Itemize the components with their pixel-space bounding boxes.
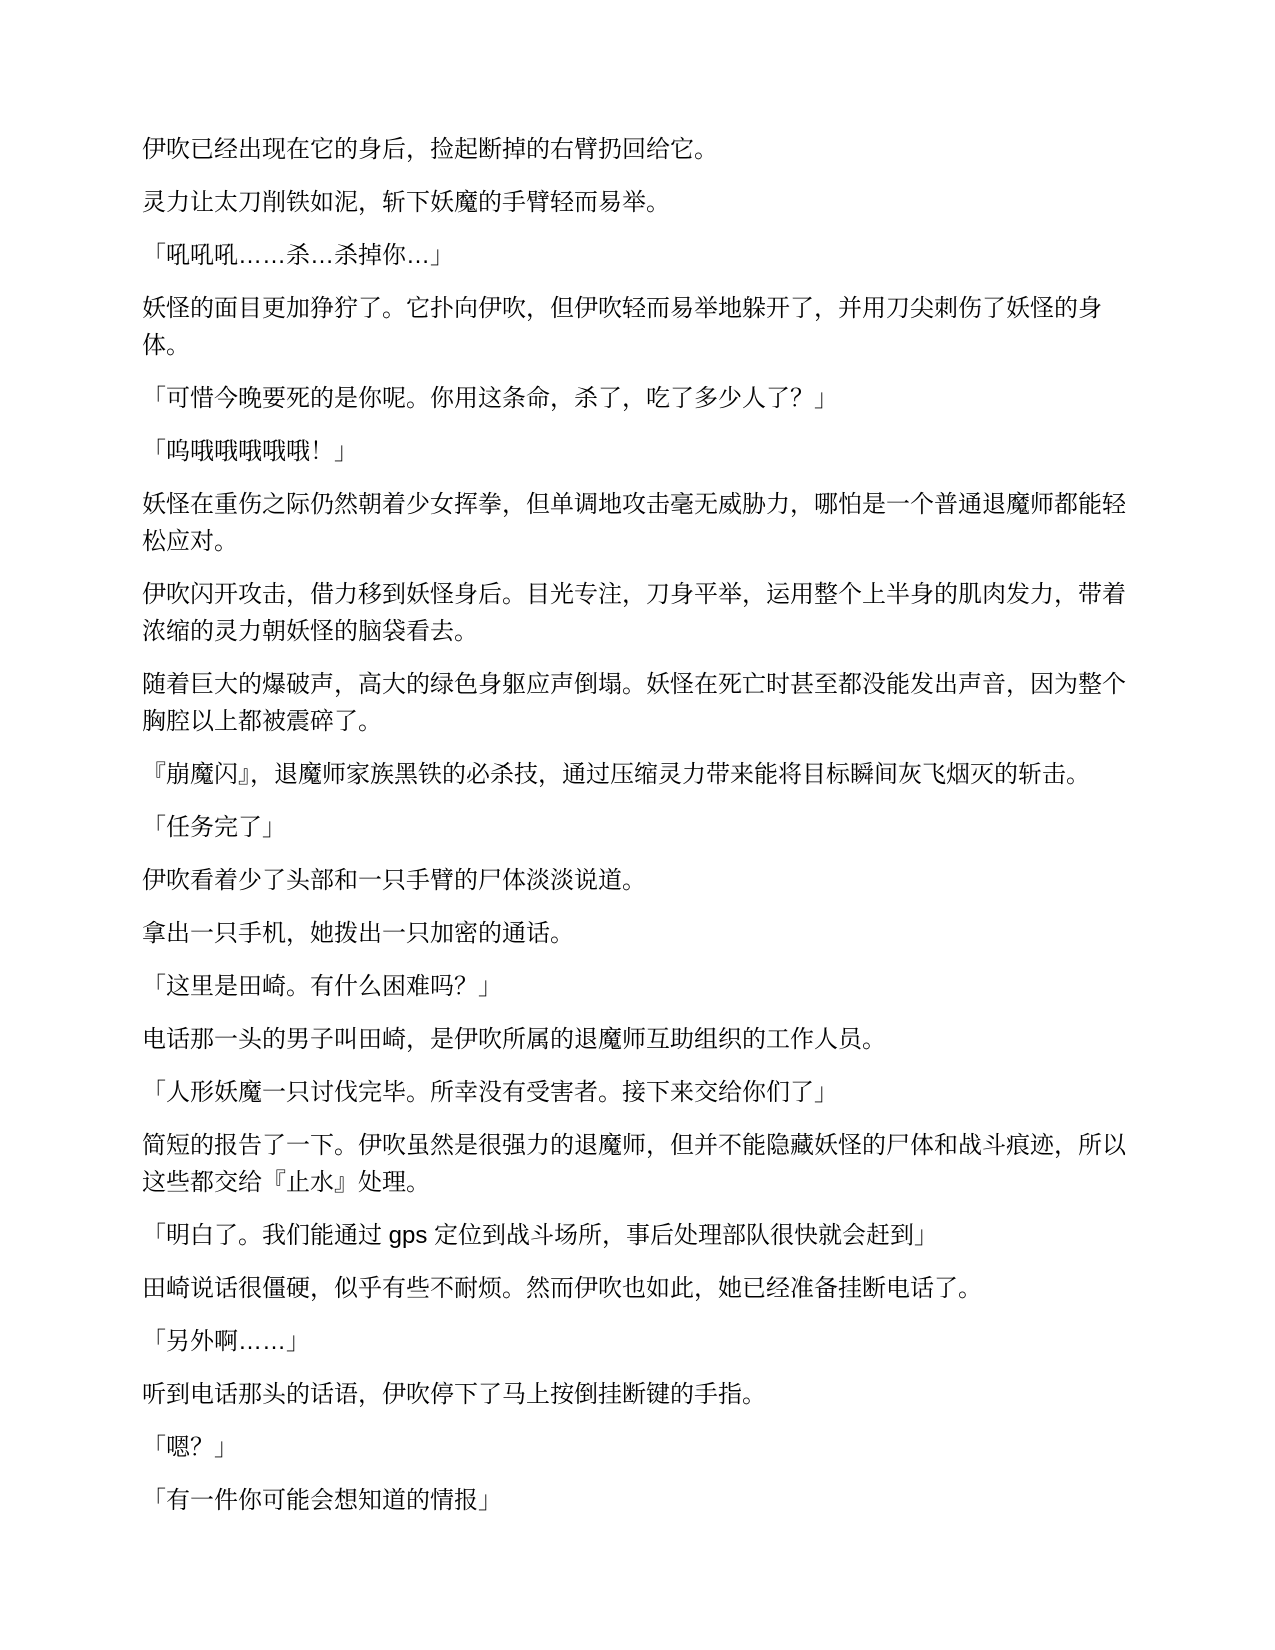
paragraph: 「这里是田崎。有什么困难吗？」 <box>142 968 1138 1005</box>
paragraph: 「人形妖魔一只讨伐完毕。所幸没有受害者。接下来交给你们了」 <box>142 1074 1138 1111</box>
paragraph: 随着巨大的爆破声，高大的绿色身躯应声倒塌。妖怪在死亡时甚至都没能发出声音，因为整… <box>142 666 1138 740</box>
paragraph: 「任务完了」 <box>142 809 1138 846</box>
paragraph: 听到电话那头的话语，伊吹停下了马上按倒挂断键的手指。 <box>142 1376 1138 1413</box>
paragraph: 伊吹看着少了头部和一只手臂的尸体淡淡说道。 <box>142 862 1138 899</box>
paragraph: 电话那一头的男子叫田崎，是伊吹所属的退魔师互助组织的工作人员。 <box>142 1021 1138 1058</box>
paragraph: 「有一件你可能会想知道的情报」 <box>142 1482 1138 1519</box>
paragraph: 「呜哦哦哦哦哦！」 <box>142 433 1138 470</box>
paragraph: 简短的报告了一下。伊吹虽然是很强力的退魔师，但并不能隐藏妖怪的尸体和战斗痕迹，所… <box>142 1127 1138 1201</box>
paragraph: 「可惜今晚要死的是你呢。你用这条命，杀了，吃了多少人了？」 <box>142 380 1138 417</box>
paragraph: 伊吹已经出现在它的身后，捡起断掉的右臂扔回给它。 <box>142 131 1138 168</box>
document-page: 伊吹已经出现在它的身后，捡起断掉的右臂扔回给它。灵力让太刀削铁如泥，斩下妖魔的手… <box>0 0 1275 1650</box>
document-body: 伊吹已经出现在它的身后，捡起断掉的右臂扔回给它。灵力让太刀削铁如泥，斩下妖魔的手… <box>142 131 1138 1535</box>
paragraph: 拿出一只手机，她拨出一只加密的通话。 <box>142 915 1138 952</box>
paragraph: 伊吹闪开攻击，借力移到妖怪身后。目光专注，刀身平举，运用整个上半身的肌肉发力，带… <box>142 576 1138 650</box>
paragraph: 田崎说话很僵硬，似乎有些不耐烦。然而伊吹也如此，她已经准备挂断电话了。 <box>142 1270 1138 1307</box>
paragraph: 「嗯？」 <box>142 1429 1138 1466</box>
paragraph: 妖怪在重伤之际仍然朝着少女挥拳，但单调地攻击毫无威胁力，哪怕是一个普通退魔师都能… <box>142 486 1138 560</box>
paragraph: 『崩魔闪』，退魔师家族黑铁的必杀技，通过压缩灵力带来能将目标瞬间灰飞烟灭的斩击。 <box>142 756 1138 793</box>
paragraph: 妖怪的面目更加狰狞了。它扑向伊吹，但伊吹轻而易举地躲开了，并用刀尖刺伤了妖怪的身… <box>142 290 1138 364</box>
paragraph: 「另外啊……」 <box>142 1323 1138 1360</box>
paragraph: 「吼吼吼……杀…杀掉你…」 <box>142 237 1138 274</box>
paragraph: 灵力让太刀削铁如泥，斩下妖魔的手臂轻而易举。 <box>142 184 1138 221</box>
paragraph: 「明白了。我们能通过 gps 定位到战斗场所，事后处理部队很快就会赶到」 <box>142 1217 1138 1254</box>
